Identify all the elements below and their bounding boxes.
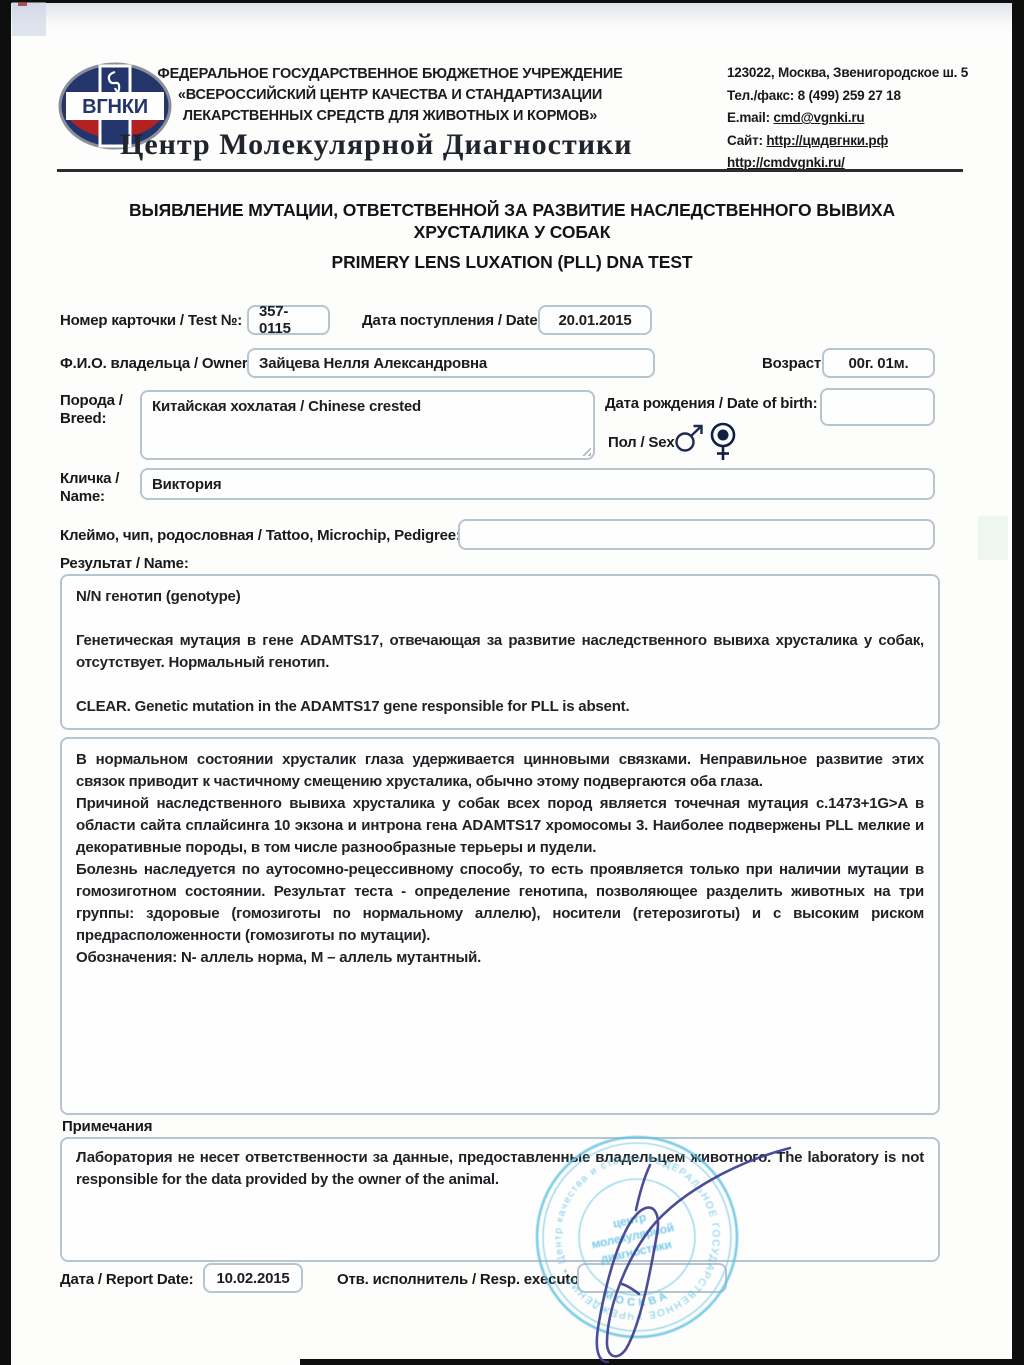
site-link-2[interactable]: http://cmdvgnki.ru/: [727, 155, 845, 170]
breed-label: Порода / Breed:: [60, 392, 140, 428]
scan-edge-left: [0, 0, 11, 1365]
result-text-en: CLEAR. Genetic mutation in the ADAMTS17 …: [76, 696, 924, 718]
org-name-line: «ВСЕРОССИЙСКИЙ ЦЕНТР КАЧЕСТВА И СТАНДАРТ…: [155, 85, 625, 106]
title-line-3: PRIMERY LENS LUXATION (PLL) DNA TEST: [62, 251, 962, 273]
male-icon[interactable]: [674, 424, 706, 454]
tattoo-label: Клеймо, чип, родословная / Tattoo, Micro…: [60, 527, 461, 544]
pet-name-label-en: Name:: [60, 488, 140, 506]
contact-address: 123022, Москва, Звенигородское ш. 5: [727, 62, 968, 85]
executor-field[interactable]: [577, 1263, 727, 1293]
scan-smudge: [12, 2, 46, 36]
sex-label: Пол / Sex: [608, 434, 675, 451]
lab-report-document: ВГНКИ ФЕДЕРАЛЬНОЕ ГОСУДАРСТВЕННОЕ БЮДЖЕТ…: [0, 0, 1024, 1365]
info-paragraph-2: Причиной наследственного вывиха хрустали…: [76, 793, 924, 859]
tattoo-field[interactable]: [458, 519, 935, 550]
contact-email-row: E.mail: cmd@vgnki.ru: [727, 107, 968, 130]
scan-smudge-right: [978, 516, 1008, 560]
scan-edge-bottom: [300, 1359, 1024, 1365]
org-name-block: ФЕДЕРАЛЬНОЕ ГОСУДАРСТВЕННОЕ БЮДЖЕТНОЕ УЧ…: [155, 64, 625, 127]
test-no-label: Номер карточки / Test №:: [60, 312, 242, 329]
breed-label-ru: Порода /: [60, 392, 140, 410]
site-label: Сайт:: [727, 133, 766, 148]
email-label: E.mail:: [727, 110, 773, 125]
owner-label: Ф.И.О. владельца / Owner:: [60, 355, 252, 372]
notes-label: Примечания: [62, 1118, 152, 1135]
age-field[interactable]: 00г. 01м.: [822, 348, 935, 378]
pet-name-field[interactable]: Виктория: [140, 468, 935, 500]
pet-name-label: Кличка / Name:: [60, 470, 140, 506]
result-box: N/N генотип (genotype) Генетическая мута…: [60, 574, 940, 730]
receive-date-label: Дата поступления / Date:: [362, 312, 542, 329]
result-genotype: N/N генотип (genotype): [76, 586, 924, 608]
test-no-field[interactable]: 357-0115: [247, 305, 330, 335]
pet-name-label-ru: Кличка /: [60, 470, 140, 488]
breed-value: Китайская хохлатая / Chinese crested: [152, 398, 421, 415]
age-label: Возраст: [762, 355, 821, 372]
breed-textarea[interactable]: Китайская хохлатая / Chinese crested: [140, 390, 595, 460]
org-name-line: ФЕДЕРАЛЬНОЕ ГОСУДАРСТВЕННОЕ БЮДЖЕТНОЕ УЧ…: [155, 64, 625, 85]
document-title: ВЫЯВЛЕНИЕ МУТАЦИИ, ОТВЕТСТВЕННОЙ ЗА РАЗВ…: [62, 199, 962, 273]
breed-label-en: Breed:: [60, 410, 140, 428]
info-paragraph-3: Болезнь наследуется по аутосомно-рецесси…: [76, 859, 924, 947]
resize-handle-icon[interactable]: [581, 446, 591, 456]
org-name-line: ЛЕКАРСТВЕННЫХ СРЕДСТВ ДЛЯ ЖИВОТНЫХ И КОР…: [155, 106, 625, 127]
receive-date-field[interactable]: 20.01.2015: [538, 305, 652, 335]
scan-mark-red: [18, 2, 27, 6]
header-divider: [57, 169, 963, 172]
info-box: В нормальном состоянии хрусталик глаза у…: [60, 737, 940, 1115]
executor-label: Отв. исполнитель / Resp. executor:: [337, 1271, 589, 1288]
notes-box: Лаборатория не несет ответственности за …: [60, 1137, 940, 1262]
result-text-ru: Генетическая мутация в гене ADAMTS17, от…: [76, 630, 924, 674]
email-link[interactable]: cmd@vgnki.ru: [773, 110, 864, 125]
result-label: Результат / Name:: [60, 555, 189, 572]
svg-text:ВГНКИ: ВГНКИ: [82, 96, 148, 118]
contact-site-row: Сайт: http://цмдвгнки.рф: [727, 130, 968, 153]
title-line-2: ХРУСТАЛИКА У СОБАК: [62, 221, 962, 243]
owner-field[interactable]: Зайцева Нелля Александровна: [247, 348, 655, 378]
female-icon-selected[interactable]: [708, 422, 738, 462]
scan-haze: [11, 3, 1012, 37]
birth-date-field[interactable]: [820, 388, 935, 426]
report-date-field[interactable]: 10.02.2015: [203, 1263, 303, 1293]
info-paragraph-1: В нормальном состоянии хрусталик глаза у…: [76, 749, 924, 793]
notes-text: Лаборатория не несет ответственности за …: [76, 1147, 924, 1191]
contact-block: 123022, Москва, Звенигородское ш. 5 Тел.…: [727, 62, 968, 175]
birth-date-label: Дата рождения / Date of birth:: [605, 395, 817, 412]
info-paragraph-4: Обозначения: N- аллель норма, М – аллель…: [76, 947, 924, 969]
site-link-1[interactable]: http://цмдвгнки.рф: [766, 133, 888, 148]
scan-edge-right: [1012, 0, 1024, 1365]
contact-phone: Тел./факс: 8 (499) 259 27 18: [727, 85, 968, 108]
center-name: Центр Молекулярной Диагностики: [120, 128, 633, 162]
report-date-label: Дата / Report Date:: [60, 1271, 193, 1288]
title-line-1: ВЫЯВЛЕНИЕ МУТАЦИИ, ОТВЕТСТВЕННОЙ ЗА РАЗВ…: [62, 199, 962, 221]
